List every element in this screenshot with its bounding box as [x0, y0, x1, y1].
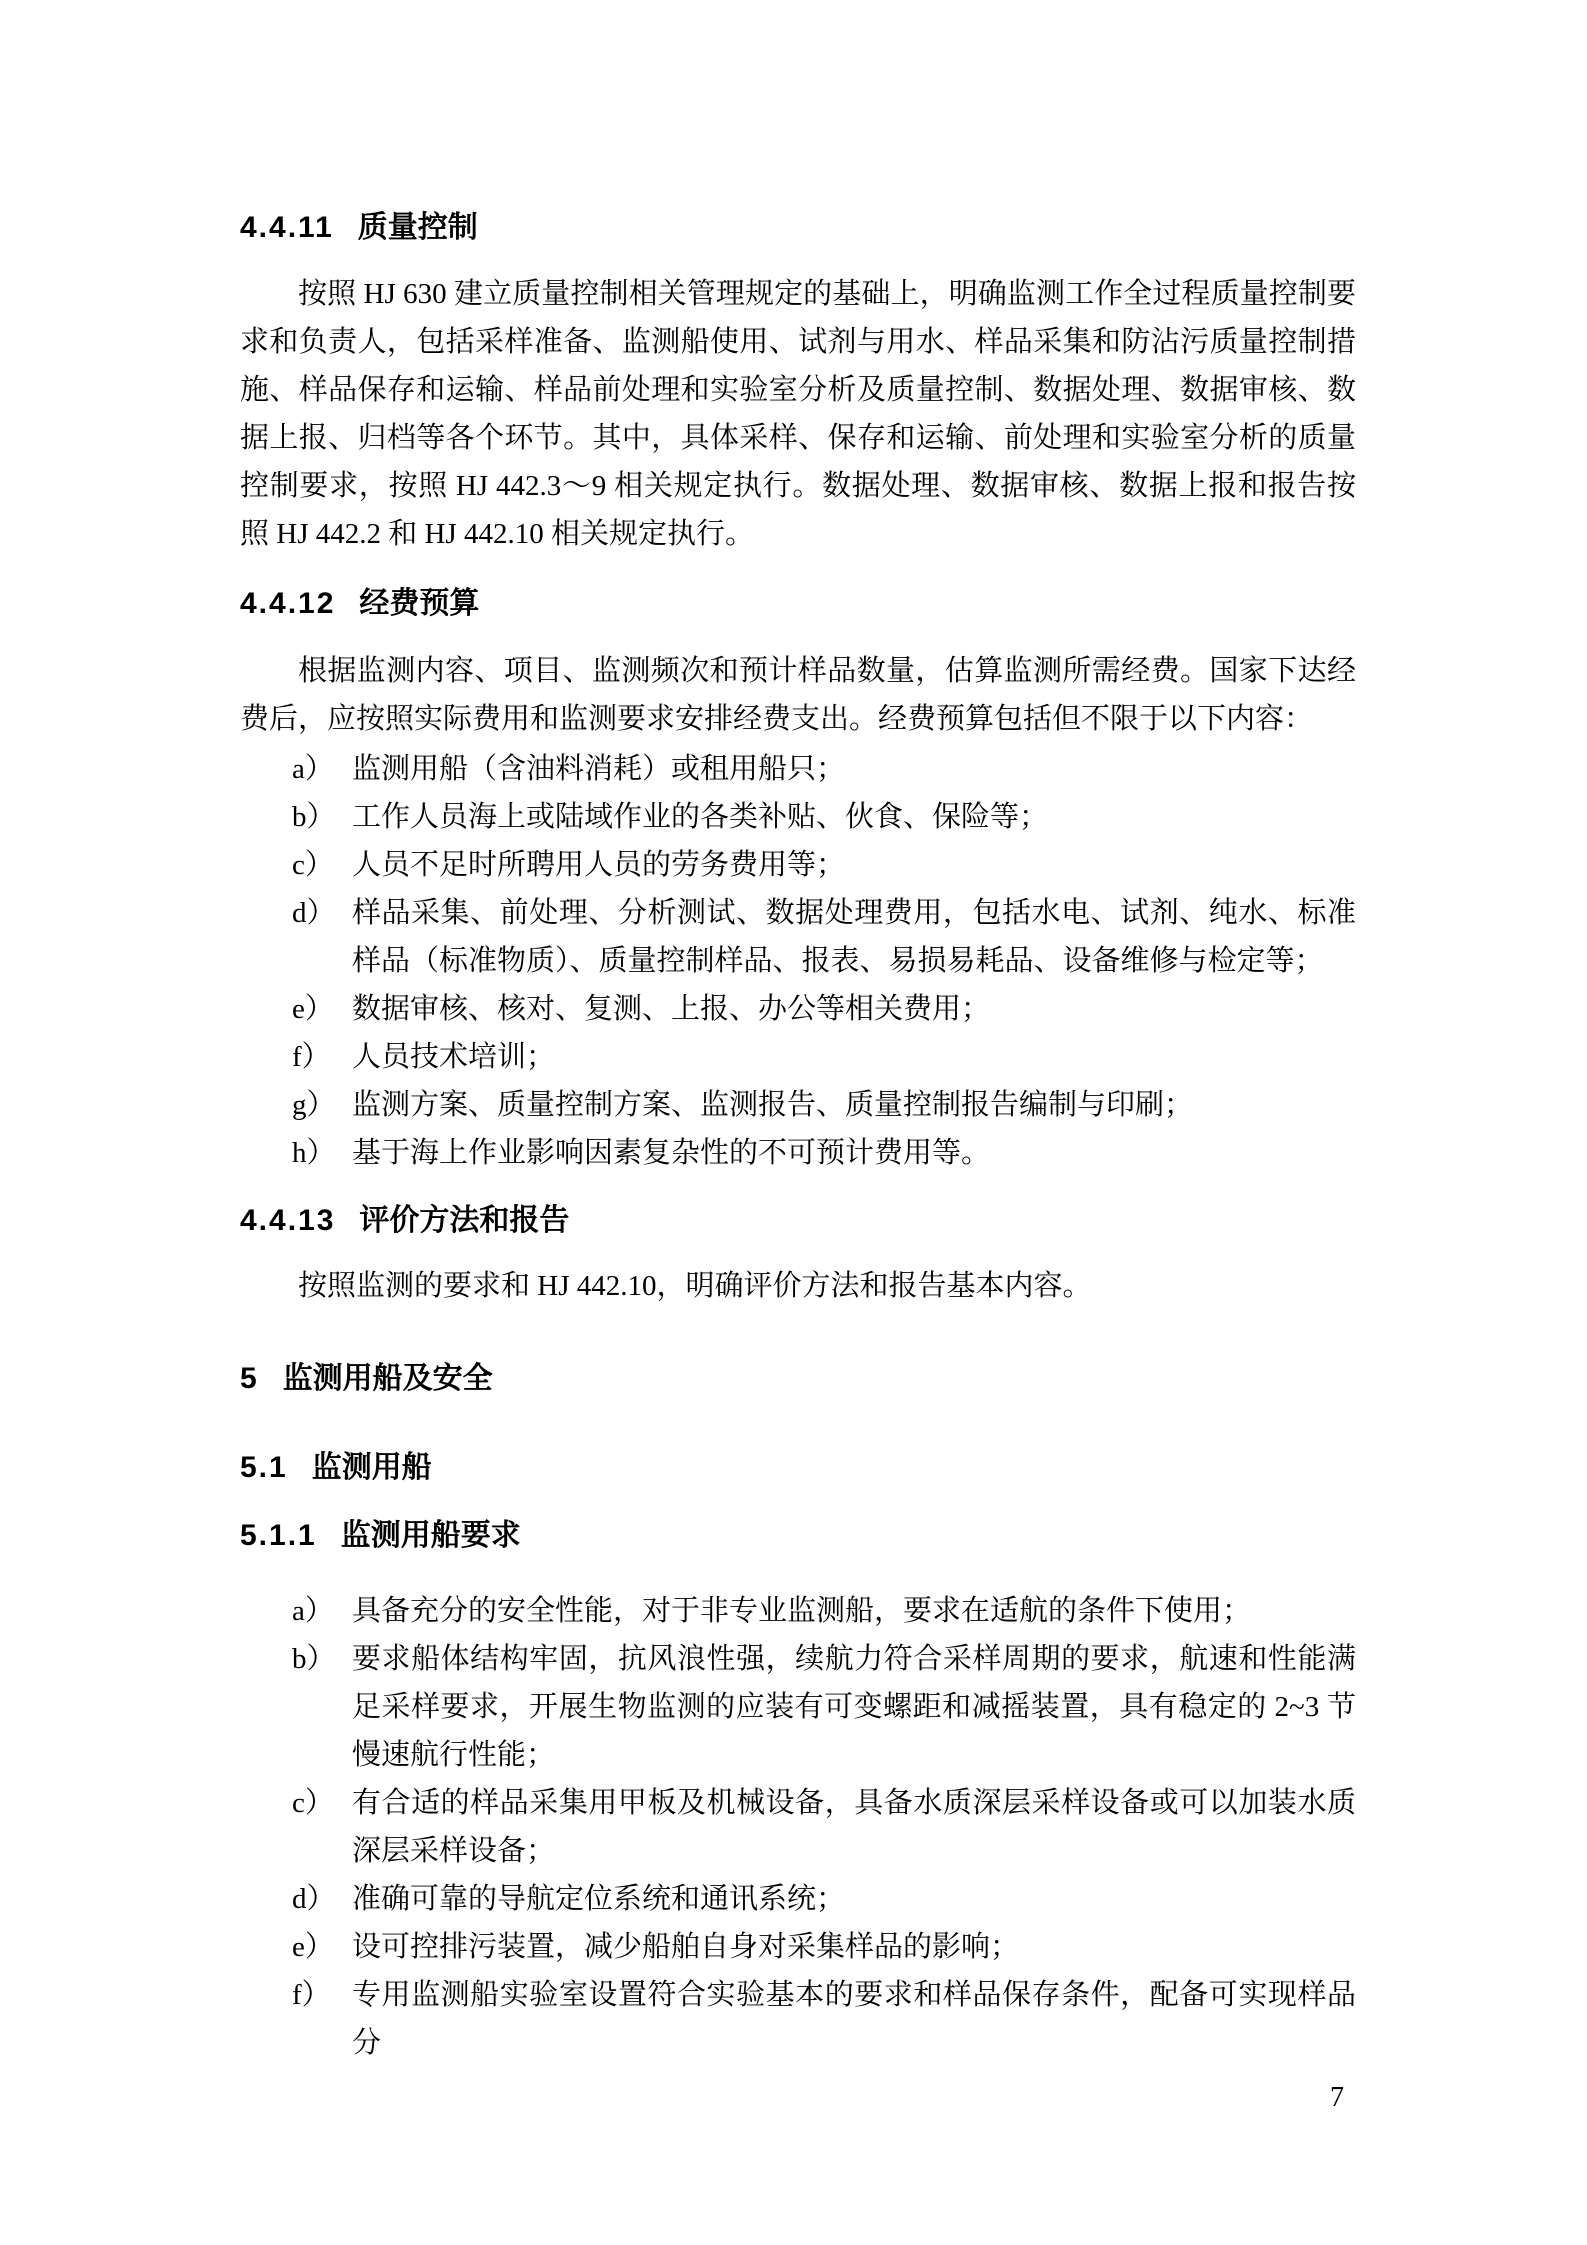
list-item: e） 设可控排污装置，减少船舶自身对采集样品的影响； — [240, 1923, 1356, 1971]
budget-item-list: a） 监测用船（含油料消耗）或租用船只； b） 工作人员海上或陆域作业的各类补贴… — [240, 745, 1356, 1177]
page-content: 4.4.11质量控制 按照 HJ 630 建立质量控制相关管理规定的基础上，明确… — [240, 204, 1356, 2067]
list-item-text: 人员技术培训； — [352, 1041, 555, 1073]
list-item: e） 数据审核、核对、复测、上报、办公等相关费用； — [240, 985, 1356, 1033]
list-item: d） 样品采集、前处理、分析测试、数据处理费用，包括水电、试剂、纯水、标准样品（… — [240, 889, 1356, 985]
list-item-text: 样品采集、前处理、分析测试、数据处理费用，包括水电、试剂、纯水、标准样品（标准物… — [352, 897, 1356, 977]
list-item-text: 监测方案、质量控制方案、监测报告、质量控制报告编制与印刷； — [352, 1089, 1193, 1121]
vessel-requirement-list: a） 具备充分的安全性能，对于非专业监测船，要求在适航的条件下使用； b） 要求… — [240, 1587, 1356, 2067]
list-item-label: d） — [292, 1875, 336, 1923]
document-page: 4.4.11质量控制 按照 HJ 630 建立质量控制相关管理规定的基础上，明确… — [0, 0, 1587, 2245]
section-number: 4.4.13 — [240, 1197, 335, 1245]
paragraph: 根据监测内容、项目、监测频次和预计样品数量，估算监测所需经费。国家下达经费后，应… — [240, 647, 1356, 743]
list-item-text: 有合适的样品采集用甲板及机械设备，具备水质深层采样设备或可以加装水质深层采样设备… — [352, 1787, 1356, 1867]
list-item: b） 工作人员海上或陆域作业的各类补贴、伙食、保险等； — [240, 793, 1356, 841]
list-item-label: g） — [292, 1081, 336, 1129]
list-item: g） 监测方案、质量控制方案、监测报告、质量控制报告编制与印刷； — [240, 1081, 1356, 1129]
list-item-text: 数据审核、核对、复测、上报、办公等相关费用； — [352, 993, 990, 1025]
list-item: a） 监测用船（含油料消耗）或租用船只； — [240, 745, 1356, 793]
section-heading-51: 5.1监测用船 — [240, 1444, 1356, 1492]
list-item-label: a） — [292, 745, 334, 793]
list-item-label: b） — [292, 1635, 336, 1683]
section-heading-4411: 4.4.11质量控制 — [240, 204, 1356, 252]
section-heading-511: 5.1.1监测用船要求 — [240, 1512, 1356, 1560]
page-number: 7 — [1330, 2074, 1344, 2122]
section-heading-5: 5监测用船及安全 — [240, 1355, 1356, 1403]
list-item-text: 准确可靠的导航定位系统和通讯系统； — [352, 1883, 845, 1915]
section-number: 5 — [240, 1355, 259, 1403]
list-item-label: f） — [292, 1033, 331, 1081]
list-item-text: 基于海上作业影响因素复杂性的不可预计费用等。 — [352, 1137, 990, 1169]
list-item-text: 人员不足时所聘用人员的劳务费用等； — [352, 849, 845, 881]
list-item: f） 人员技术培训； — [240, 1033, 1356, 1081]
section-title: 质量控制 — [358, 211, 478, 244]
list-item-text: 专用监测船实验室设置符合实验基本的要求和样品保存条件，配备可实现样品分 — [352, 1979, 1356, 2059]
section-number: 5.1 — [240, 1444, 288, 1492]
list-item-label: e） — [292, 985, 334, 1033]
paragraph: 按照监测的要求和 HJ 442.10，明确评价方法和报告基本内容。 — [240, 1262, 1356, 1310]
list-item: c） 有合适的样品采集用甲板及机械设备，具备水质深层采样设备或可以加装水质深层采… — [240, 1779, 1356, 1875]
list-item-text: 具备充分的安全性能，对于非专业监测船，要求在适航的条件下使用； — [352, 1595, 1251, 1627]
section-title: 监测用船要求 — [341, 1519, 521, 1552]
section-number: 5.1.1 — [240, 1512, 317, 1560]
list-item: c） 人员不足时所聘用人员的劳务费用等； — [240, 841, 1356, 889]
list-item-label: d） — [292, 889, 336, 937]
list-item: b） 要求船体结构牢固，抗风浪性强，续航力符合采样周期的要求，航速和性能满足采样… — [240, 1635, 1356, 1779]
section-title: 监测用船及安全 — [283, 1362, 493, 1395]
paragraph: 按照 HJ 630 建立质量控制相关管理规定的基础上，明确监测工作全过程质量控制… — [240, 270, 1356, 558]
list-item-text: 要求船体结构牢固，抗风浪性强，续航力符合采样周期的要求，航速和性能满足采样要求，… — [352, 1643, 1356, 1771]
list-item-text: 工作人员海上或陆域作业的各类补贴、伙食、保险等； — [352, 801, 1048, 833]
section-heading-4413: 4.4.13评价方法和报告 — [240, 1197, 1356, 1245]
list-item-label: f） — [292, 1971, 331, 2019]
list-item: f） 专用监测船实验室设置符合实验基本的要求和样品保存条件，配备可实现样品分 — [240, 1971, 1356, 2067]
list-item-label: b） — [292, 793, 336, 841]
section-number: 4.4.11 — [240, 204, 334, 252]
section-heading-4412: 4.4.12经费预算 — [240, 580, 1356, 628]
section-title: 经费预算 — [359, 587, 479, 620]
list-item: h） 基于海上作业影响因素复杂性的不可预计费用等。 — [240, 1129, 1356, 1177]
list-item-label: e） — [292, 1923, 334, 1971]
section-title: 评价方法和报告 — [359, 1204, 569, 1237]
list-item-label: c） — [292, 841, 334, 889]
list-item: a） 具备充分的安全性能，对于非专业监测船，要求在适航的条件下使用； — [240, 1587, 1356, 1635]
list-item: d） 准确可靠的导航定位系统和通讯系统； — [240, 1875, 1356, 1923]
list-item-text: 设可控排污装置，减少船舶自身对采集样品的影响； — [352, 1931, 1019, 1963]
section-number: 4.4.12 — [240, 580, 335, 628]
list-item-label: c） — [292, 1779, 334, 1827]
section-title: 监测用船 — [312, 1451, 432, 1484]
list-item-text: 监测用船（含油料消耗）或租用船只； — [352, 753, 845, 785]
list-item-label: h） — [292, 1129, 336, 1177]
list-item-label: a） — [292, 1587, 334, 1635]
